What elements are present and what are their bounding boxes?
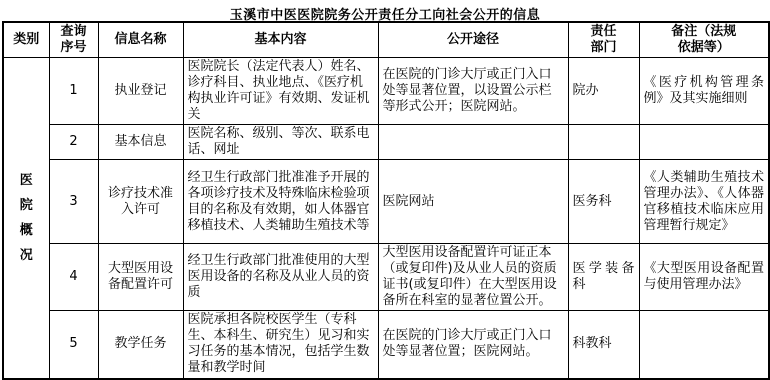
header-category: 类别 bbox=[3, 22, 49, 58]
channel-cell: 在医院的门诊大厅或正门入口处等显著位置，以设置公示栏等形式公开；医院网站。 bbox=[378, 58, 568, 125]
dept-cell: 科教科 bbox=[568, 311, 639, 379]
dept-cell: 医务科 bbox=[568, 160, 639, 244]
note-cell bbox=[639, 311, 769, 379]
name-cell: 执业登记 bbox=[98, 58, 183, 125]
seq-cell: 5 bbox=[49, 311, 98, 379]
name-cell: 教学任务 bbox=[98, 311, 183, 379]
header-channel: 公开途径 bbox=[378, 22, 568, 58]
header-name: 信息名称 bbox=[98, 22, 183, 58]
table-row: 4 大型医用设备配置许可 经卫生行政部门批准使用的大型医用设备的名称及从业人员的… bbox=[3, 244, 769, 311]
page: 玉溪市中医医院院务公开责任分工向社会公开的信息 类别 查询 序号 信息名称 基本… bbox=[0, 0, 770, 380]
table-row: 3 诊疗技术准入许可 经卫生行政部门批准准予开展的各项诊疗技术及特殊临床检验项目… bbox=[3, 160, 769, 244]
seq-cell: 1 bbox=[49, 58, 98, 125]
table-row: 医 院 概 况 1 执业登记 医院院长（法定代表人）姓名、诊疗科目、执业地点、《… bbox=[3, 58, 769, 125]
table-row: 2 基本信息 医院名称、级别、等次、联系电话、网址 bbox=[3, 125, 769, 160]
note-cell: 《大型医用设备配置与使用管理办法》 bbox=[639, 244, 769, 311]
table-header-row: 类别 查询 序号 信息名称 基本内容 公开途径 责任 部门 备注（法规 依据等） bbox=[3, 22, 769, 58]
channel-cell: 在医院的门诊大厅或正门入口处等显著位置；医院网站。 bbox=[378, 311, 568, 379]
note-cell: 《医疗机构管理条例》及其实施细则 bbox=[639, 58, 769, 125]
content-cell: 医院名称、级别、等次、联系电话、网址 bbox=[183, 125, 378, 160]
header-dept: 责任 部门 bbox=[568, 22, 639, 58]
table-row: 5 教学任务 医院承担各院校医学生（专科生、本科生、研究生）见习和实习任务的基本… bbox=[3, 311, 769, 379]
name-cell: 大型医用设备配置许可 bbox=[98, 244, 183, 311]
header-note: 备注（法规 依据等） bbox=[639, 22, 769, 58]
dept-cell: 医学装备科 bbox=[568, 244, 639, 311]
channel-cell bbox=[378, 125, 568, 160]
note-cell bbox=[639, 125, 769, 160]
seq-cell: 2 bbox=[49, 125, 98, 160]
note-cell: 《人类辅助生殖技术管理办法》、《人体器官移植技术临床应用管理暂行规定》 bbox=[639, 160, 769, 244]
content-cell: 医院承担各院校医学生（专科生、本科生、研究生）见习和实习任务的基本情况，包括学生… bbox=[183, 311, 378, 379]
seq-cell: 3 bbox=[49, 160, 98, 244]
dept-cell bbox=[568, 125, 639, 160]
name-cell: 诊疗技术准入许可 bbox=[98, 160, 183, 244]
content-cell: 经卫生行政部门批准准予开展的各项诊疗技术及特殊临床检验项目的名称及有效期，如人体… bbox=[183, 160, 378, 244]
disclosure-table: 类别 查询 序号 信息名称 基本内容 公开途径 责任 部门 备注（法规 依据等）… bbox=[2, 21, 770, 380]
content-cell: 医院院长（法定代表人）姓名、诊疗科目、执业地点、《医疗机构执业许可证》有效期、发… bbox=[183, 58, 378, 125]
category-cell: 医 院 概 况 bbox=[3, 58, 49, 379]
content-cell: 经卫生行政部门批准使用的大型医用设备的名称及从业人员的资质 bbox=[183, 244, 378, 311]
channel-cell: 医院网站 bbox=[378, 160, 568, 244]
header-seq: 查询 序号 bbox=[49, 22, 98, 58]
channel-cell: 大型医用设备配置许可证正本（或复印件)及从业人员的资质证书(或复印件）在大型医用… bbox=[378, 244, 568, 311]
name-cell: 基本信息 bbox=[98, 125, 183, 160]
seq-cell: 4 bbox=[49, 244, 98, 311]
page-title: 玉溪市中医医院院务公开责任分工向社会公开的信息 bbox=[0, 0, 770, 21]
dept-cell: 院办 bbox=[568, 58, 639, 125]
header-content: 基本内容 bbox=[183, 22, 378, 58]
